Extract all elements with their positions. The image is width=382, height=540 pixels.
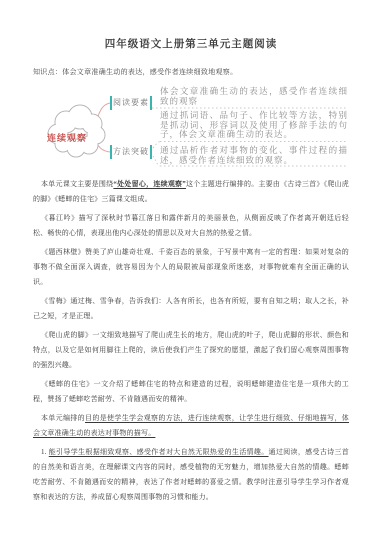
- mindmap-diagram: 连续观察 阅读要素 方法突破 体会文章准确生动的表达，感受作者连续细致的观察 通…: [40, 84, 350, 172]
- mindmap-root-node: 连续观察: [38, 131, 96, 144]
- paragraph-text: 《暮江吟》描写了深秋时节暮江落日和露伴新月的美丽景色，从侧面反映了作者离开朝廷后…: [33, 214, 349, 237]
- body-text: 本单元课文主要是围绕“处处留心，连续观察”这个主题进行编排的。主要由《古诗三首》…: [33, 177, 349, 505]
- document-page: 四年级语文上册第三单元主题阅读 知识点：体会文章准确生动的表达，感受作者连续细致…: [0, 0, 382, 540]
- mindmap-note-method-2: 通过品析作者对事物的变化、事件过程的描述，感受作者连续细致的观察。: [160, 145, 348, 165]
- item-number: 1.: [41, 448, 49, 456]
- paragraph-xishuai: 《蟋蟀的住宅》一文介绍了蟋蟀住宅的特点和建造的过程，说明蟋蟀建造住宅是一项伟大的…: [33, 377, 349, 407]
- paragraph-tixilinbi: 《题西林壁》赞美了庐山雄奇壮观、千姿百态的景象，于写景中寓有一定的哲理：如果对复…: [33, 245, 349, 290]
- paragraph-xuemei: 《雪梅》通过梅、雪争春，告诉我们：人各有所长，也各有所短，要有自知之明；取人之长…: [33, 294, 349, 324]
- paragraph-mujiangyin: 《暮江吟》描写了深秋时节暮江落日和露伴新月的美丽景色，从侧面反映了作者离开朝廷后…: [33, 211, 349, 241]
- paragraph-text: 本单元课文主要是围绕: [41, 180, 113, 188]
- paragraph-text: 《爬山虎的脚》一文细致地描写了爬山虎生长的地方，爬山虎的叶子，爬山虎脚的形状、颜…: [33, 331, 349, 369]
- theme-phrase-emphasized: “处处留心，连续观察”: [113, 180, 186, 188]
- goal-underlined: 能引导学生根据细致观察、感受作者对大自然无限热爱的生活情趣。: [49, 448, 269, 456]
- page-title: 四年级语文上册第三单元主题阅读: [33, 38, 349, 52]
- paragraph-text: 《题西林壁》赞美了庐山雄奇壮观、千姿百态的景象，于写景中寓有一定的哲理：如果对复…: [33, 248, 349, 286]
- paragraph-pashanhu: 《爬山虎的脚》一文细致地描写了爬山虎生长的地方，爬山虎的叶子，爬山虎脚的形状、颜…: [33, 328, 349, 373]
- mindmap-note-reading-element: 体会文章准确生动的表达，感受作者连续细致的观察: [160, 86, 348, 106]
- paragraph-goal-item-1: 1. 能引导学生根据细致观察、感受作者对大自然无限热爱的生活情趣。通过阅读，感受…: [33, 445, 349, 505]
- mindmap-node-reading-element: 阅读要素: [110, 96, 152, 110]
- paragraph-text: 本单元编排的: [41, 414, 85, 422]
- paragraph-text: 《雪梅》通过梅、雪争春，告诉我们：人各有所长，也各有所短，要有自知之明；取人之长…: [33, 297, 349, 320]
- paragraph-text: 《蟋蟀的住宅》一文介绍了蟋蟀住宅的特点和建造的过程，说明蟋蟀建造住宅是一项伟大的…: [33, 380, 349, 403]
- paragraph-unit-overview: 本单元课文主要是围绕“处处留心，连续观察”这个主题进行编排的。主要由《古诗三首》…: [33, 177, 349, 207]
- mindmap-node-method-breakthrough: 方法突破: [110, 145, 152, 159]
- knowledge-point-line: 知识点：体会文章准确生动的表达，感受作者连续细致地观察。: [33, 67, 349, 77]
- paragraph-unit-purpose: 本单元编排的目的是使学生学会观察的方法，进行连续观察，让学生进行细致、仔细地描写…: [33, 411, 349, 441]
- mindmap-note-method-1: 通过抓词语、品句子、作比较等方法，特别是抓动词、形容词以及使用了修辞手法的句子，…: [160, 111, 348, 140]
